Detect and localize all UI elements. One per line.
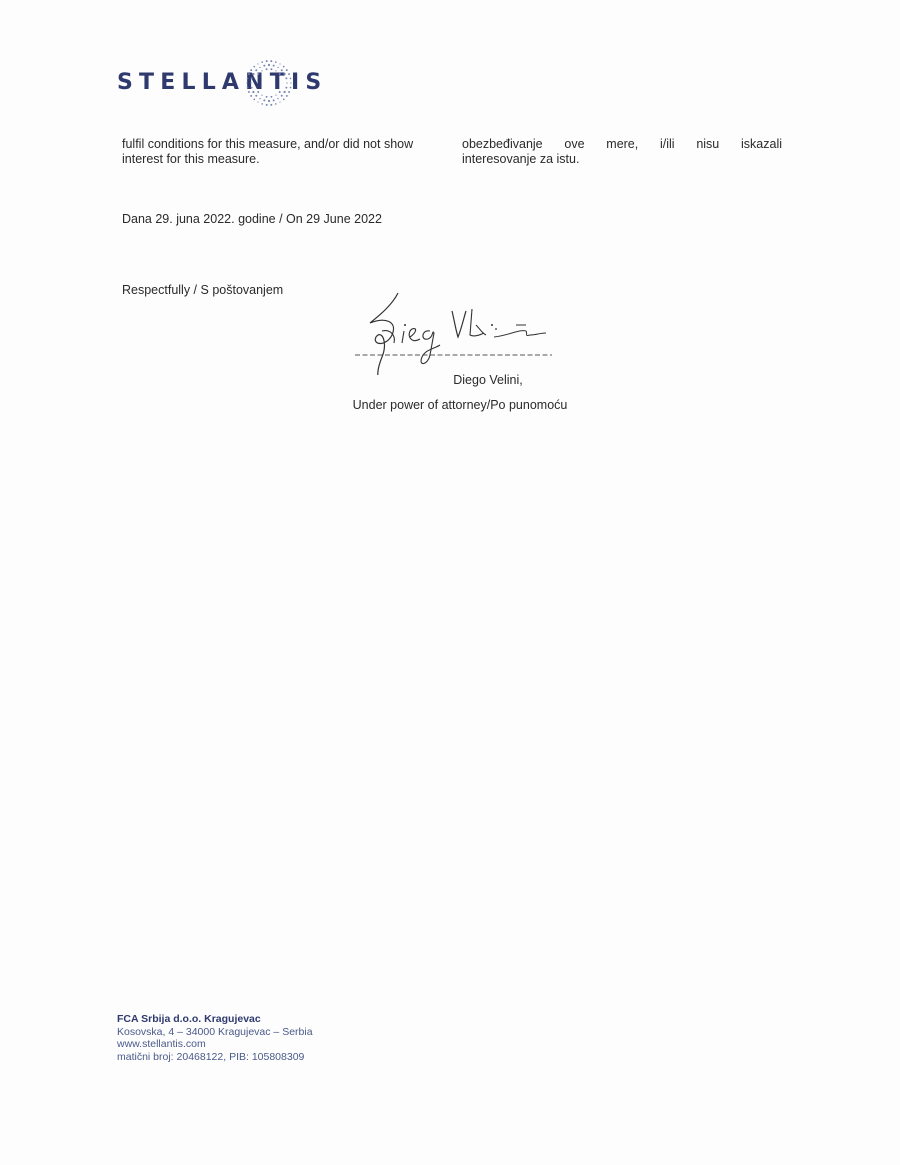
serbian-line: interesovanje za istu. [462, 152, 782, 167]
footer-website-link[interactable]: www.stellantis.com [117, 1038, 313, 1051]
footer-registration: matični broj: 20468122, PIB: 105808309 [117, 1051, 313, 1064]
handwritten-signature-icon [340, 285, 570, 375]
logo-text: STELLANTIS [117, 70, 327, 96]
english-line: interest for this measure. [122, 152, 452, 167]
signer-role: Under power of attorney/Po punomoću [330, 398, 590, 412]
serbian-line: obezbeđivanje ove mere, i/ili nisu iskaz… [462, 137, 782, 152]
closing-salutation: Respectfully / S poštovanjem [122, 283, 283, 297]
serbian-paragraph: obezbeđivanje ove mere, i/ili nisu iskaz… [462, 137, 782, 167]
footer-address: Kosovska, 4 – 34000 Kragujevac – Serbia [117, 1026, 313, 1039]
company-footer: FCA Srbija d.o.o. Kragujevac Kosovska, 4… [117, 1013, 313, 1063]
english-paragraph: fulfil conditions for this measure, and/… [122, 137, 452, 167]
date-line: Dana 29. juna 2022. godine / On 29 June … [122, 212, 382, 226]
signer-name: Diego Velini, [330, 373, 590, 387]
stellantis-dotted-circle-logo-icon [245, 58, 293, 108]
footer-company-name: FCA Srbija d.o.o. Kragujevac [117, 1013, 313, 1026]
stellantis-logo: STELLANTIS [117, 58, 357, 108]
document-page: STELLANTIS fulfil conditions for this me… [0, 0, 900, 1165]
english-line: fulfil conditions for this measure, and/… [122, 137, 452, 152]
